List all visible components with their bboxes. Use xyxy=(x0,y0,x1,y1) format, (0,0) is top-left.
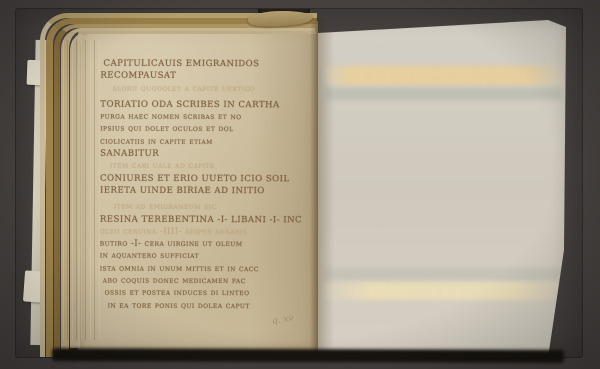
manuscript-line: ipsius qui dolet oculos et dol xyxy=(100,123,316,136)
manuscript-line: CAPITULICAUIS EMIGRANIDOS xyxy=(103,58,316,71)
manuscript-line: item cabi uale ad capite xyxy=(110,160,316,173)
stain-shadow-top xyxy=(324,88,562,100)
manuscript-line: SANABITUR xyxy=(100,148,316,161)
book-bottom-shadow xyxy=(52,348,564,363)
bookmark-tab xyxy=(27,60,43,86)
manuscript-line: alorii quodolet a capite uertigo xyxy=(112,82,316,95)
page-stack-texture xyxy=(58,40,102,340)
manuscript-line: RESINA TEREBENTINA -I- LIBANI -I- INC xyxy=(100,213,316,226)
manuscript-line: item ad emigraneum sic xyxy=(114,201,316,214)
manuscript-line: purga haec nomen scribas et no xyxy=(100,111,316,124)
manuscript-photo: CAPITULICAUIS EMIGRANIDOSRECOMPAUSATalor… xyxy=(0,0,600,369)
manuscript-line: TORIATIO ODA SCRIBES IN CARTHA xyxy=(100,99,316,112)
manuscript-line: CONIURES ET ERIO UUETO ICIO SOIL xyxy=(100,172,316,185)
manuscript-line: RECOMPAUSAT xyxy=(100,70,316,83)
manuscript-line: in aquantero sufficiat xyxy=(100,250,316,263)
manuscript-line: abo coquis donec medicamen fac xyxy=(103,275,316,288)
manuscript-line: ciolicatiis in capite etiam xyxy=(100,135,316,148)
manuscript-line: ista omnia in unum mittis et in cacc xyxy=(100,262,316,275)
right-page xyxy=(318,20,566,358)
manuscript-line: butiro -I- cera uirgine ut oleum xyxy=(100,238,316,251)
manuscript-line: oleo ceruina -IIII- adipes ansaris xyxy=(100,225,316,238)
bookmark-tab xyxy=(23,270,44,302)
manuscript-text-block: CAPITULICAUIS EMIGRANIDOSRECOMPAUSATalor… xyxy=(100,58,317,313)
manuscript-line: in ea tore ponis qui dolea caput xyxy=(108,299,316,312)
manuscript-line: ossis et postea induces di linteo xyxy=(105,287,316,300)
stain-shadow-bottom xyxy=(324,268,562,280)
stain-band-bottom xyxy=(324,282,562,300)
stain-band-top xyxy=(324,66,562,85)
manuscript-line: IERETA UINDE BIRIAE AD INITIO xyxy=(100,185,316,198)
